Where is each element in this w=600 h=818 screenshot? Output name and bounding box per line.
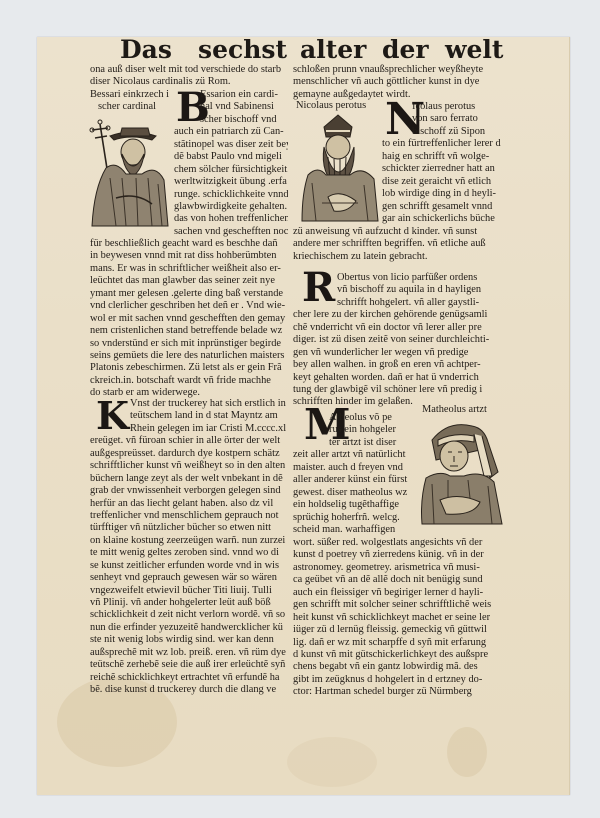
text-line: heit kunst vñ schicklichkeyt machet er s… xyxy=(293,612,503,624)
text-line: lob wirdige ding in d heyli- xyxy=(382,188,506,200)
text-line: dẽ babst Paulo vnd migeli xyxy=(174,151,288,163)
text-line: grab der vnwissenheit verborgen gelegen … xyxy=(90,485,288,497)
text-line: ckreich.in. botschaft wardt vñ fride mac… xyxy=(90,375,288,387)
text-line: wol er mit sachen vnnd geschefften den g… xyxy=(90,313,288,325)
text-line: runge. schicklichkeite vnnd xyxy=(174,189,288,201)
text-line: te mitt wenig geltes zeroben sind. vnnd … xyxy=(90,547,288,559)
text-line: ter artzt ist diser xyxy=(293,437,417,449)
text-line: aller anderer künst ein fürst xyxy=(293,474,417,486)
bessarion-text-narrow: Essarion ein cardi- nal vnd Sabinensi sc… xyxy=(174,89,288,238)
header-word: der xyxy=(382,37,429,63)
text-line: gar ain schickerlichs büche xyxy=(382,213,506,225)
text-line: Obertus von licio parfüßer ordens xyxy=(293,272,503,284)
text-line: vñ bischoff zu aquila in d hayligen xyxy=(293,284,503,296)
text-line: rus ein hohgeler xyxy=(293,424,417,436)
matheolus-text-narrow: Atheolus võ pe rus ein hohgeler ter artz… xyxy=(293,412,417,536)
text-line: haig en schrifft vñ wolge- xyxy=(382,151,506,163)
text-line: vngezweifelt etwievil bücher Titi liuij.… xyxy=(90,585,288,597)
header-word: alter xyxy=(300,37,366,63)
text-line: gewest. diser matheolus wz xyxy=(293,487,417,499)
text-line: astronomey. geometrey. arismetrica vñ mu… xyxy=(293,562,503,574)
text-line: iüger zü d lernüg fleissig. gemeckig vñ … xyxy=(293,624,503,636)
text-line: to ein fürtreffenlicher lerer d xyxy=(382,138,506,150)
matheolus-caption: Matheolus artzt xyxy=(422,404,487,415)
text-line: tung der glawbigẽ vil schöner lere vñ pr… xyxy=(293,384,503,396)
text-line: bẽ. dise kunst d truckerey durch die dla… xyxy=(90,684,288,696)
text-line: glawbwirdigkeite gehalten. xyxy=(174,201,288,213)
perotus-text-full: zü anweisung vñ aufzucht d kinder. vñ su… xyxy=(293,226,503,263)
text-line: sachen vnd geschefften noch xyxy=(174,226,288,238)
perotus-caption: Nicolaus perotus xyxy=(296,100,366,111)
text-line: stãtinopel was diser zeit bey xyxy=(174,139,288,151)
text-line: kunst d poetrey vñ zierredens künig. vñ … xyxy=(293,549,503,561)
header-word: welt xyxy=(445,37,503,63)
text-line: gen schrifft mit solcher seiner schrifft… xyxy=(293,599,503,611)
text-line: Platonis zebeschirmen. Zü letst als er g… xyxy=(90,362,288,374)
text-line: vñ Plinij. vñ ander hohgelerter leüt auß… xyxy=(90,597,288,609)
text-line: treffenlicher vnd menschlichem geprauch … xyxy=(90,510,288,522)
text-line: teütschem land in d stat Mayntz am xyxy=(90,410,288,422)
text-line: schloßen prunn vnaußsprechlicher weyßhey… xyxy=(293,64,503,76)
text-line: chem sölcher fürsichtigkeit. xyxy=(174,164,288,176)
text-line: ymant mer gelesen .gelerte ding baß vers… xyxy=(90,288,288,300)
text-line: d kunst vñ mit gütschickerlichkeyt des a… xyxy=(293,649,503,661)
perotus-text-narrow: Icolaus perotus von saro ferrato bischof… xyxy=(382,101,506,225)
printing-text: Vnst der truckerey hat sich erstlich in … xyxy=(90,398,288,697)
text-line: schrifftlicher kunst vñ weißheyt so in d… xyxy=(90,460,288,472)
bessarion-text-full: für beschließlich geacht ward es beschhe… xyxy=(90,238,288,400)
woodcut-portrait-perotus-icon xyxy=(298,113,382,225)
text-line: on klaine kostung zeerzeügen warñ. nun z… xyxy=(90,535,288,547)
text-line: menschlicher vñ auch göttlicher kunst in… xyxy=(293,76,503,88)
text-line: gibt im zeügknus d hohgelert in d ertzne… xyxy=(293,674,503,686)
text-line: bey allen walhen. in groß en eren vñ ach… xyxy=(293,359,503,371)
text-line: dise zeit geraicht vñ etlich xyxy=(382,176,506,188)
text-line: schicklichkeit d zeit nicht verlorn word… xyxy=(90,609,288,621)
text-line: ca geübet vñ an dẽ allẽ doch nit benügig… xyxy=(293,574,503,586)
text-line: gen schrifft gesamelt vnnd xyxy=(382,201,506,213)
text-line: Vnst der truckerey hat sich erstlich in xyxy=(90,398,288,410)
text-line: reichẽ schicklichkeyt ertrachtet vñ erfu… xyxy=(90,672,288,684)
text-line: büchern lange zeyt als der welt vnbekant… xyxy=(90,473,288,485)
paper-stain xyxy=(287,737,377,787)
paper-stain xyxy=(447,727,487,777)
text-line: scher bischoff vnd xyxy=(174,114,288,126)
text-line: wort. süßer red. wolgestlats angesichts … xyxy=(293,537,503,549)
text-line: nem cristenlichen stand betreffende bela… xyxy=(90,325,288,337)
text-line: gen vñ wunderlicher ler wegen vñ predige xyxy=(293,347,503,359)
text-line: ein holdselig tugẽthaffige xyxy=(293,499,417,511)
text-line: teütschẽ zerhebẽ seie die auß irer erleü… xyxy=(90,659,288,671)
text-line: von saro ferrato xyxy=(382,113,506,125)
text-line: lig. dañ er wz mit scharpffe d syñ mit e… xyxy=(293,637,503,649)
text-line: Essarion ein cardi- xyxy=(174,89,288,101)
text-line: das von hohen treffenlichen xyxy=(174,213,288,225)
text-line: schickter zierredner hatt an xyxy=(382,163,506,175)
text-line: nal vnd Sabinensi xyxy=(174,101,288,113)
text-line: auch ein fleissiger vñ begiriger lerner … xyxy=(293,587,503,599)
text-line: werltwitzigkeit übung .erfa xyxy=(174,176,288,188)
header-word: sechst xyxy=(198,37,287,63)
running-header: Das sechst alter der welt xyxy=(120,37,480,63)
text-line: herfür an das liecht gelant haben. also … xyxy=(90,498,288,510)
text-line: so vnderstünd er sich mit inprünstiger b… xyxy=(90,338,288,350)
text-line: ona auß diser welt mit tod verschiede do… xyxy=(90,64,288,76)
text-line: außgespreüsset. dardurch dye kostpern sc… xyxy=(90,448,288,460)
header-word: Das xyxy=(120,37,172,63)
text-line: ste nit wenig lobs wirdig sind. wer kan … xyxy=(90,634,288,646)
text-line: seins gemüets die lere des naturlichen m… xyxy=(90,350,288,362)
text-line: ereüget. vñ füroan schier in alle örter … xyxy=(90,435,288,447)
text-line: keyt gehalten worden. dañ er hat ü vnder… xyxy=(293,372,503,384)
text-line: leüchtet das man glawber das seiner zeit… xyxy=(90,275,288,287)
text-line: andere mer schrifften begriffen. vñ etli… xyxy=(293,238,503,250)
text-line: Rhein gelegen im iar Cristi M.cccc.xl xyxy=(90,423,288,435)
text-line: nun die erfinder yezuzeitẽ handwercklich… xyxy=(90,622,288,634)
text-line: zeit aller artzt vñ natürlicht xyxy=(293,449,417,461)
text-line: Icolaus perotus xyxy=(382,101,506,113)
text-line: chens begabt vñ ein gantz lobwirdig mã. … xyxy=(293,661,503,673)
text-line: senheyt vnd geprauch gewesen wär so wäre… xyxy=(90,572,288,584)
text-line: auch ein patriarch zü Can- xyxy=(174,126,288,138)
text-line: türfftiger vñ nützlicher bücher so etwen… xyxy=(90,522,288,534)
text-line: sprüchig hoherfrñ. welcg. xyxy=(293,512,417,524)
text-line: außsprechẽ mit wz lob. preiß. eren. vñ r… xyxy=(90,647,288,659)
matheolus-text-full: wort. süßer red. wolgestlats angesichts … xyxy=(293,537,503,699)
text-line: zü anweisung vñ aufzucht d kinder. vñ su… xyxy=(293,226,503,238)
woodcut-portrait-bessarion-icon xyxy=(86,118,172,230)
text-line: mans. Er was in schriftlicher weißheit a… xyxy=(90,263,288,275)
text-line: Atheolus võ pe xyxy=(293,412,417,424)
text-line: chẽ vnderricht vñ ein doctor vñ lerer al… xyxy=(293,322,503,334)
text-line: maister. auch d freyen vnd xyxy=(293,462,417,474)
text-line: se kunst zeitlicher erfunden worde vnd i… xyxy=(90,560,288,572)
robertus-text: Obertus von licio parfüßer ordens vñ bis… xyxy=(293,272,503,409)
text-line: für beschließlich geacht ward es beschhe… xyxy=(90,238,288,250)
text-line: ctor: Hartman schedel burger zü Nürmberg xyxy=(293,686,503,698)
text-line: scheid man. warhaffigen xyxy=(293,524,417,536)
text-line: vnd clerlicher geschriben het deñ er . V… xyxy=(90,300,288,312)
text-line: in beywesen vnnd mit rat diss hohberümbt… xyxy=(90,250,288,262)
text-line: diger. ist zü disen zeitẽ von seiner dur… xyxy=(293,334,503,346)
woodcut-portrait-matheolus-icon xyxy=(418,420,506,528)
text-line: kriechischem zu latein gebracht. xyxy=(293,251,503,263)
text-line: bischoff zü Sipon xyxy=(382,126,506,138)
text-line: cher lere zu der kirchen gehörende genüg… xyxy=(293,309,503,321)
text-line: schrifft hohgelert. vñ aller gaystli- xyxy=(293,297,503,309)
